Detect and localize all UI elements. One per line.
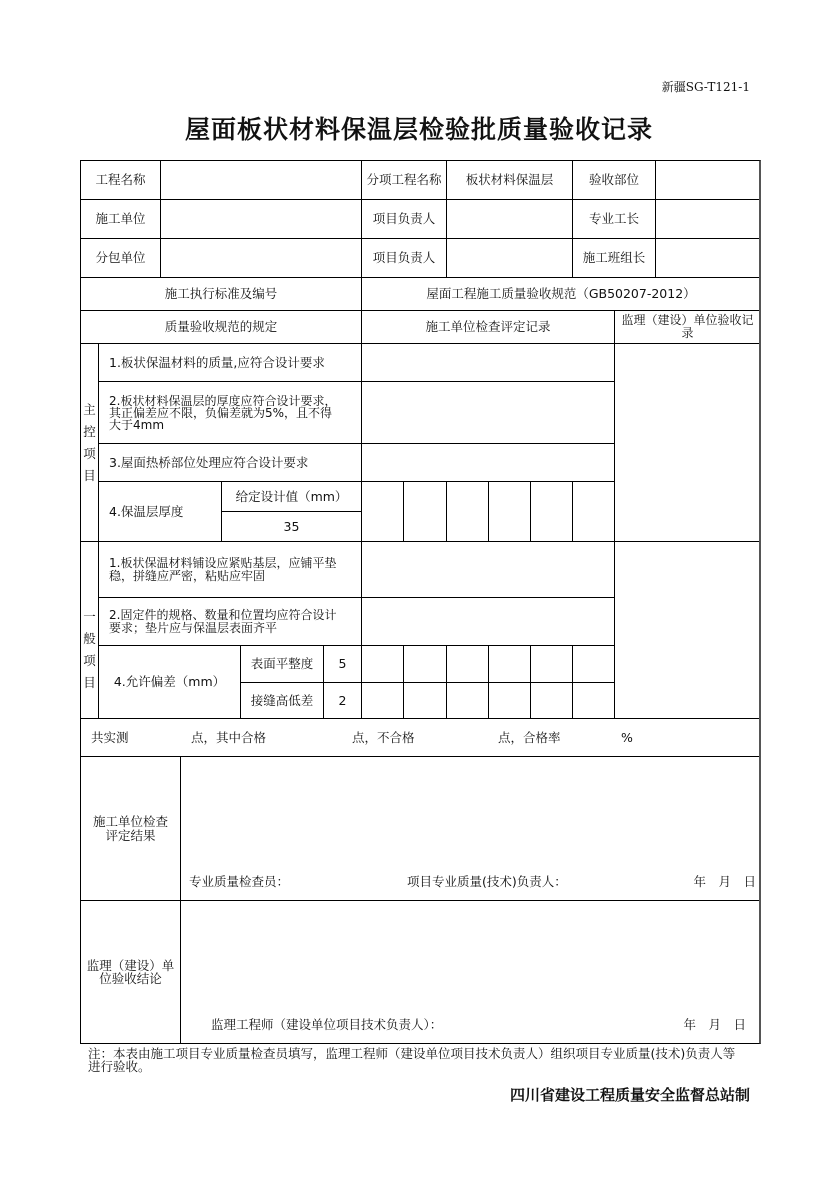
general-items-label: 一 般 项 目 — [80, 541, 99, 719]
summary-passed: 点，其中合格 — [191, 731, 266, 744]
summary-rate: 点，合格率 — [498, 731, 561, 744]
general-item-2-record[interactable] — [361, 597, 615, 646]
main-item-1: 1.板状保温材料的质量,应符合设计要求 — [98, 343, 362, 382]
supervisor-record-header: 监理（建设）单位验收记录 — [614, 310, 761, 344]
sub-project-manager-field[interactable] — [446, 238, 573, 278]
joint-measure-cell[interactable] — [446, 682, 489, 719]
issuer: 四川省建设工程质量安全监督总站制 — [510, 1084, 750, 1105]
design-value: 35 — [221, 511, 362, 542]
contractor-result-area[interactable]: 专业质量检查员： 项目专业质量(技术)负责人： 年 月 日 — [180, 756, 761, 901]
tolerance-flatness-label: 表面平整度 — [240, 645, 324, 683]
subproject-value: 板状材料保温层 — [446, 160, 573, 200]
flatness-measure-cell[interactable] — [403, 645, 447, 683]
quality-inspector-signature: 专业质量检查员： — [189, 875, 289, 888]
flatness-measure-cell[interactable] — [572, 645, 615, 683]
team-leader-label: 施工班组长 — [572, 238, 656, 278]
tolerance-joint-label: 接缝高低差 — [240, 682, 324, 719]
main-item-2-record[interactable] — [361, 381, 615, 444]
project-manager-label: 项目负责人 — [361, 199, 447, 239]
design-value-label: 给定设计值（mm） — [221, 481, 362, 512]
main-items-supervisor-record[interactable] — [614, 343, 761, 542]
main-item-3: 3.屋面热桥部位处理应符合设计要求 — [98, 443, 362, 482]
acceptance-part-field[interactable] — [655, 160, 761, 200]
foreman-field[interactable] — [655, 199, 761, 239]
page-title: 屋面板状材料保温层检验批质量验收记录 — [0, 110, 838, 146]
joint-measure-cell[interactable] — [530, 682, 573, 719]
joint-measure-cell[interactable] — [403, 682, 447, 719]
contractor-result-label: 施工单位检查评定结果 — [80, 756, 181, 901]
subproject-label: 分项工程名称 — [361, 160, 447, 200]
flatness-measure-cell[interactable] — [361, 645, 404, 683]
form-code: 新疆SG-T121-1 — [662, 78, 750, 95]
contractor-record-header: 施工单位检查评定记录 — [361, 310, 615, 344]
joint-measure-cell[interactable] — [488, 682, 531, 719]
thickness-label: 4.保温层厚度 — [98, 481, 222, 542]
flatness-measure-cell[interactable] — [488, 645, 531, 683]
acceptance-part-label: 验收部位 — [572, 160, 656, 200]
tolerance-flatness-value: 5 — [323, 645, 362, 683]
general-item-1-record[interactable] — [361, 541, 615, 598]
supervisor-date: 年 月 日 — [683, 1018, 746, 1031]
main-item-1-record[interactable] — [361, 343, 615, 382]
thickness-measure-cell[interactable] — [403, 481, 447, 542]
contractor-date: 年 月 日 — [693, 875, 756, 888]
general-items-supervisor-record[interactable] — [614, 541, 761, 719]
project-name-field[interactable] — [160, 160, 362, 200]
flatness-measure-cell[interactable] — [530, 645, 573, 683]
joint-measure-cell[interactable] — [572, 682, 615, 719]
sub-project-manager-label: 项目负责人 — [361, 238, 447, 278]
flatness-measure-cell[interactable] — [446, 645, 489, 683]
main-item-2: 2.板状材料保温层的厚度应符合设计要求，其正偏差应不限，负偏差就为5%，且不得大… — [98, 381, 362, 444]
project-name-label: 工程名称 — [80, 160, 161, 200]
subcontractor-field[interactable] — [160, 238, 362, 278]
summary-percent: % — [621, 731, 633, 744]
contractor-label: 施工单位 — [80, 199, 161, 239]
tech-lead-signature: 项目专业质量(技术)负责人： — [407, 875, 567, 888]
standard-label: 施工执行标准及编号 — [80, 277, 362, 311]
thickness-measure-cell[interactable] — [361, 481, 404, 542]
summary-failed: 点，不合格 — [352, 731, 415, 744]
joint-measure-cell[interactable] — [361, 682, 404, 719]
spec-column-header: 质量验收规范的规定 — [80, 310, 362, 344]
footnote: 注：本表由施工项目专业质量检查员填写，监理工程师（建设单位项目技术负责人）组织项… — [88, 1047, 738, 1073]
thickness-measure-cell[interactable] — [488, 481, 531, 542]
summary-total: 共实测 — [91, 731, 129, 744]
tolerance-label: 4.允许偏差（mm） — [98, 645, 241, 719]
main-item-3-record[interactable] — [361, 443, 615, 482]
summary-row: 共实测 点，其中合格 点，不合格 点，合格率 % — [80, 718, 761, 757]
thickness-measure-cell[interactable] — [572, 481, 615, 542]
general-item-2: 2.固定件的规格、数量和位置均应符合设计要求；垫片应与保温层表面齐平 — [98, 597, 362, 646]
supervising-engineer-signature: 监理工程师（建设单位项目技术负责人）： — [211, 1018, 442, 1031]
subcontractor-label: 分包单位 — [80, 238, 161, 278]
tolerance-joint-value: 2 — [323, 682, 362, 719]
standard-value: 屋面工程施工质量验收规范（GB50207-2012） — [361, 277, 761, 311]
contractor-field[interactable] — [160, 199, 362, 239]
thickness-measure-cell[interactable] — [530, 481, 573, 542]
main-items-label: 主 控 项 目 — [80, 343, 99, 542]
supervisor-result-area[interactable]: 监理工程师（建设单位项目技术负责人）： 年 月 日 — [180, 900, 761, 1044]
project-manager-field[interactable] — [446, 199, 573, 239]
general-item-1: 1.板状保温材料铺设应紧贴基层，应铺平垫稳，拼缝应严密，粘贴应牢固 — [98, 541, 362, 598]
supervisor-result-label: 监理（建设）单位验收结论 — [80, 900, 181, 1044]
team-leader-field[interactable] — [655, 238, 761, 278]
thickness-measure-cell[interactable] — [446, 481, 489, 542]
foreman-label: 专业工长 — [572, 199, 656, 239]
